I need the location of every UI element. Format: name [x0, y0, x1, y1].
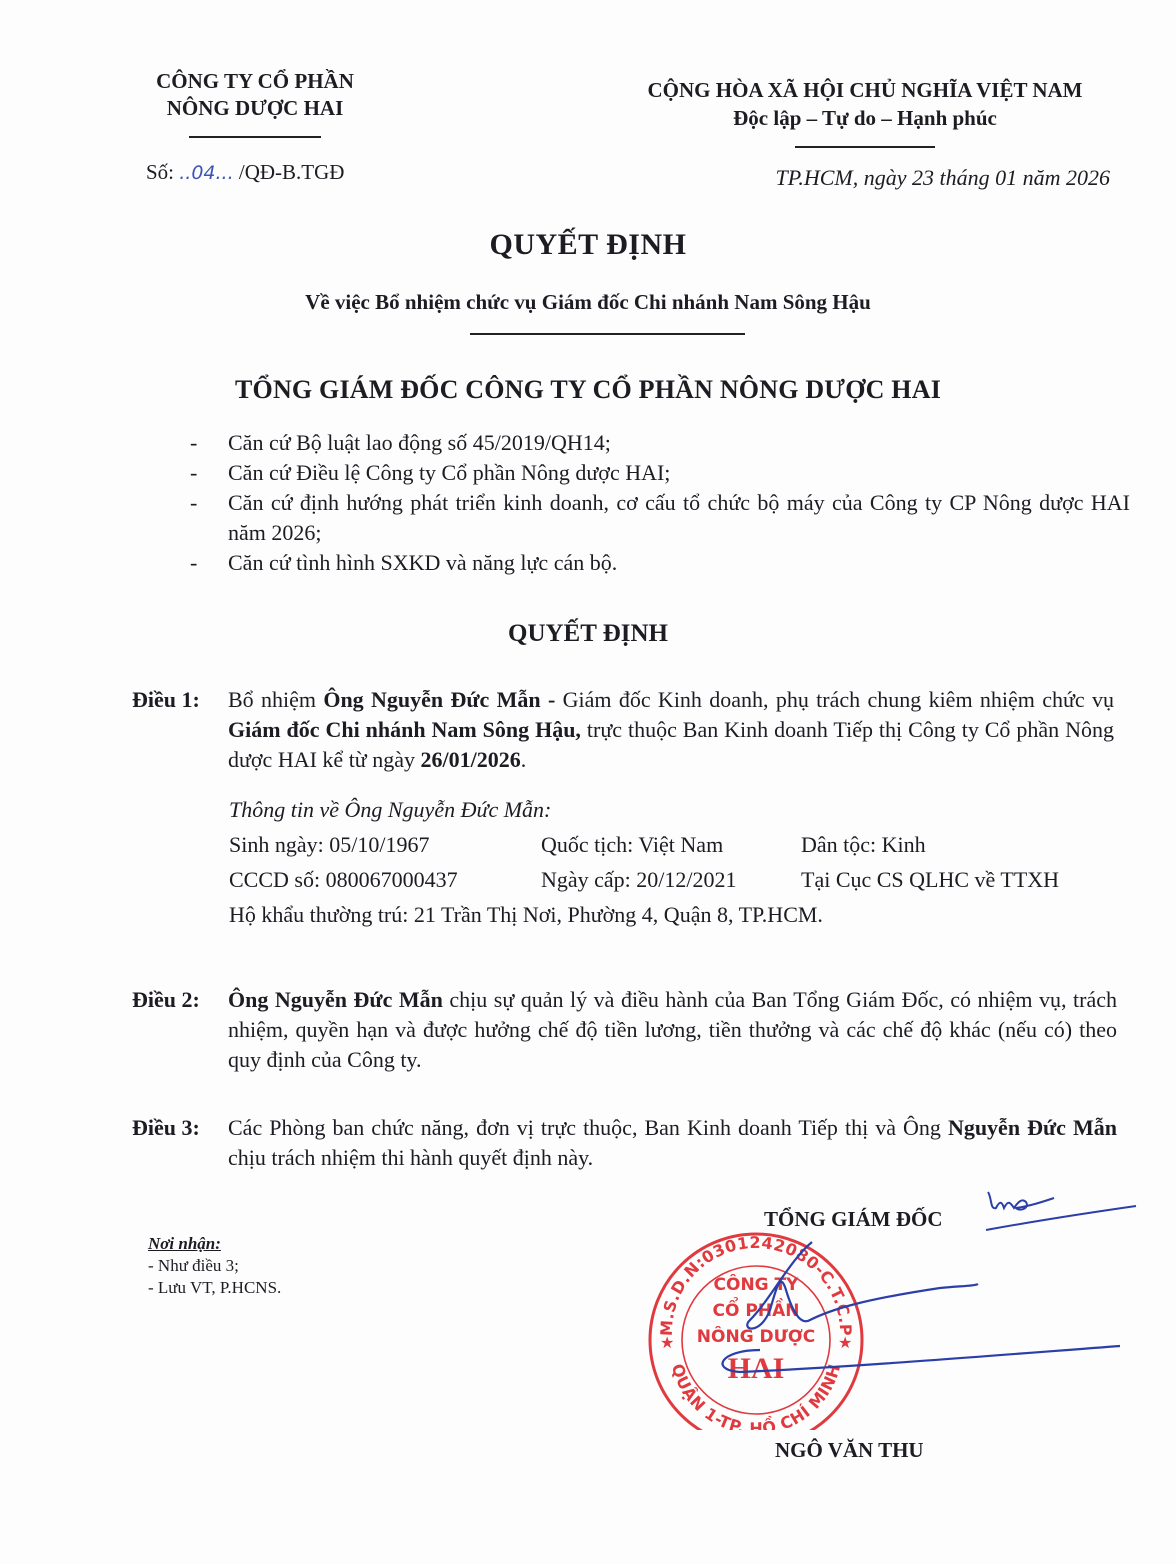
list-item: -Căn cứ định hướng phát triển kinh doanh…: [190, 488, 1130, 548]
decision-heading: QUYẾT ĐỊNH: [0, 620, 1176, 648]
text: Các Phòng ban chức năng, đơn vị trực thu…: [228, 1115, 948, 1140]
recipient-item: - Lưu VT, P.HCNS.: [148, 1277, 281, 1299]
text: chịu trách nhiệm thi hành quyết định này…: [228, 1145, 593, 1170]
basis-text: Căn cứ định hướng phát triển kinh doanh,…: [228, 488, 1130, 548]
text: Giám đốc Kinh doanh, phụ trách chung kiê…: [555, 687, 1114, 712]
signer-title: TỔNG GIÁM ĐỐC: [764, 1207, 943, 1232]
divider: [470, 333, 745, 335]
star-icon: ★: [660, 1333, 674, 1352]
initials-signature-icon: [960, 1178, 1140, 1238]
document-number: Số: ..04... /QĐ-B.TGĐ: [146, 160, 344, 185]
basis-text: Căn cứ tình hình SXKD và năng lực cán bộ…: [228, 548, 1130, 578]
residence: Hộ khẩu thường trú: 21 Trần Thị Nơi, Phư…: [229, 900, 823, 930]
appointee-name: Ông Nguyễn Đức Mẫn: [228, 987, 443, 1012]
number-prefix: Số:: [146, 160, 179, 184]
number-suffix: /QĐ-B.TGĐ: [234, 160, 345, 184]
company-name-line1: CÔNG TY CỔ PHẦN: [130, 68, 380, 95]
issuing-authority: TỔNG GIÁM ĐỐC CÔNG TY CỔ PHẦN NÔNG DƯỢC …: [0, 375, 1176, 405]
national-header: CỘNG HÒA XÃ HỘI CHỦ NGHĨA VIỆT NAM Độc l…: [600, 76, 1130, 148]
article-body: Ông Nguyễn Đức Mẫn chịu sự quản lý và đi…: [228, 985, 1117, 1075]
ethnicity: Dân tộc: Kinh: [801, 830, 926, 860]
national-motto: Độc lập – Tự do – Hạnh phúc: [600, 104, 1130, 132]
appointee-name: Nguyễn Đức Mẫn: [948, 1115, 1117, 1140]
nation-name: CỘNG HÒA XÃ HỘI CHỦ NGHĨA VIỆT NAM: [600, 76, 1130, 104]
document-subtitle: Về việc Bổ nhiệm chức vụ Giám đốc Chi nh…: [0, 290, 1176, 315]
document-title: QUYẾT ĐỊNH: [0, 228, 1176, 262]
divider: [795, 146, 935, 148]
text: .: [521, 747, 527, 772]
recipients-heading: Nơi nhận:: [148, 1233, 281, 1255]
basis-text: Căn cứ Điều lệ Công ty Cổ phần Nông dược…: [228, 458, 1130, 488]
handwritten-number: ..04...: [179, 162, 233, 184]
basis-text: Căn cứ Bộ luật lao động số 45/2019/QH14;: [228, 428, 1130, 458]
bullet-dash: -: [190, 548, 228, 578]
bullet-dash: -: [190, 458, 228, 488]
issue-place: Tại Cục CS QLHC về TTXH: [801, 865, 1059, 895]
article-label: Điều 2:: [132, 985, 228, 1075]
list-item: -Căn cứ tình hình SXKD và năng lực cán b…: [190, 548, 1130, 578]
company-name-line2: NÔNG DƯỢC HAI: [130, 95, 380, 122]
nationality: Quốc tịch: Việt Nam: [541, 830, 723, 860]
list-item: -Căn cứ Bộ luật lao động số 45/2019/QH14…: [190, 428, 1130, 458]
place-date: TP.HCM, ngày 23 tháng 01 năm 2026: [600, 165, 1110, 191]
article-3: Điều 3: Các Phòng ban chức năng, đơn vị …: [132, 1113, 1117, 1173]
person-info: Thông tin về Ông Nguyễn Đức Mẫn: Sinh ng…: [229, 795, 1129, 935]
effective-date: 26/01/2026: [421, 747, 521, 772]
recipients: Nơi nhận: - Như điều 3; - Lưu VT, P.HCNS…: [148, 1233, 281, 1299]
bullet-dash: -: [190, 428, 228, 458]
bullet-dash: -: [190, 488, 228, 548]
article-body: Bổ nhiệm Ông Nguyễn Đức Mẫn - Giám đốc K…: [228, 685, 1114, 775]
position-title: Giám đốc Chi nhánh Nam Sông Hậu,: [228, 717, 581, 742]
recipient-item: - Như điều 3;: [148, 1255, 281, 1277]
article-label: Điều 3:: [132, 1113, 228, 1173]
article-body: Các Phòng ban chức năng, đơn vị trực thu…: [228, 1113, 1117, 1173]
article-2: Điều 2: Ông Nguyễn Đức Mẫn chịu sự quản …: [132, 985, 1117, 1075]
list-item: -Căn cứ Điều lệ Công ty Cổ phần Nông dượ…: [190, 458, 1130, 488]
company-header: CÔNG TY CỔ PHẦN NÔNG DƯỢC HAI: [130, 68, 380, 138]
info-heading: Thông tin về Ông Nguyễn Đức Mẫn:: [229, 795, 551, 825]
id-number: CCCD số: 080067000437: [229, 865, 458, 895]
article-label: Điều 1:: [132, 685, 228, 775]
signer-name: NGÔ VĂN THU: [775, 1438, 924, 1463]
signature-icon: [700, 1240, 1130, 1390]
date-of-birth: Sinh ngày: 05/10/1967: [229, 830, 429, 860]
divider: [189, 136, 321, 138]
appointee-name: Ông Nguyễn Đức Mẫn -: [323, 687, 555, 712]
legal-basis-list: -Căn cứ Bộ luật lao động số 45/2019/QH14…: [190, 428, 1130, 578]
issue-date: Ngày cấp: 20/12/2021: [541, 865, 737, 895]
article-1: Điều 1: Bổ nhiệm Ông Nguyễn Đức Mẫn - Gi…: [132, 685, 1114, 775]
text: Bổ nhiệm: [228, 687, 323, 712]
